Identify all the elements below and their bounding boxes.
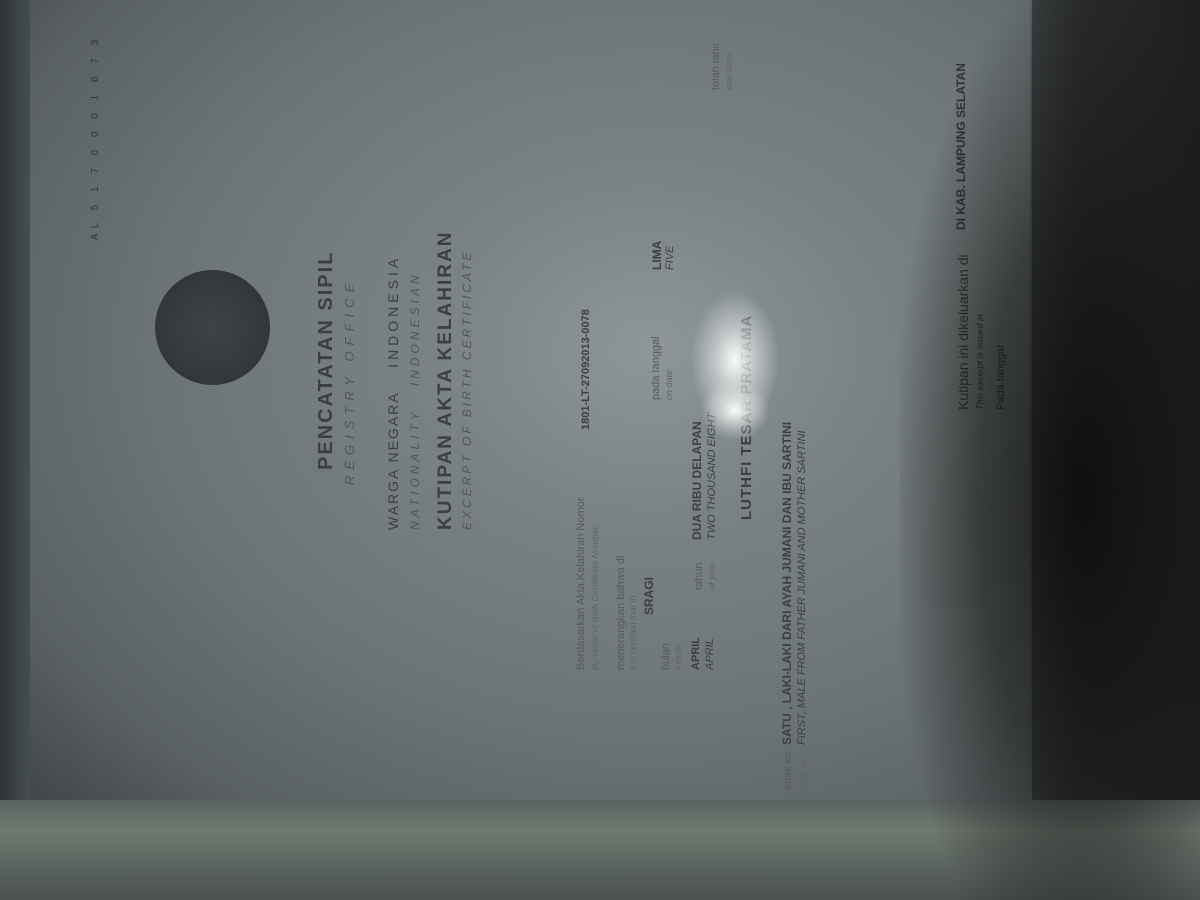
day-value: LIMA xyxy=(650,241,664,270)
month-value: APRIL xyxy=(690,637,702,670)
born-label: telah lahir xyxy=(710,42,722,90)
place-value: SRAGI xyxy=(642,577,656,615)
garuda-seal-icon xyxy=(155,270,270,385)
serial-number: AL 5 1 7 0 0 0 1 6 7 3 xyxy=(90,35,101,240)
born-label-en: was born xyxy=(724,53,734,90)
date-label: pada tanggal xyxy=(650,336,662,400)
shadow-overlay xyxy=(900,0,1200,900)
year-label: tahun xyxy=(693,562,705,590)
cert-number: 1801-LT-27092013-0078 xyxy=(580,309,592,430)
light-glare-secondary xyxy=(700,380,770,440)
child-order-label-en: child no xyxy=(798,759,808,790)
nationality-label: WARGA NEGARA INDONESIA xyxy=(385,255,401,530)
child-order: SATU , LAKI-LAKI DARI AYAH JUMANI DAN IB… xyxy=(780,422,794,745)
cert-number-label-en: By virtue of Birth Certificate Number xyxy=(590,526,600,670)
month-label: bulan xyxy=(660,643,672,670)
document-title-en: EXCERPT OF BIRTH CERTIFICATE xyxy=(460,250,474,530)
child-order-en: FIRST, MALE FROM FATHER JUMANI AND MOTHE… xyxy=(796,430,808,745)
place-label-en: it is certified that in xyxy=(628,595,638,670)
cert-number-label: Berdasarkan Akta Kelahiran Nomor xyxy=(575,498,587,670)
document-title: KUTIPAN AKTA KELAHIRAN xyxy=(435,231,457,530)
day-value-en: FIVE xyxy=(664,246,676,270)
child-order-label: anak ke xyxy=(782,751,794,790)
year-value: DUA RIBU DELAPAN xyxy=(690,421,704,540)
year-label-en: of year xyxy=(707,562,717,590)
birth-certificate: AL 5 1 7 0 0 0 1 6 7 3 PENCATATAN SIPIL … xyxy=(30,0,1030,830)
nationality-label-en: NATIONALITY INDONESIAN xyxy=(408,272,422,531)
month-value-en: APRIL xyxy=(704,638,716,670)
office-title-en: REGISTRY OFFICE xyxy=(342,278,357,485)
office-title: PENCATATAN SIPIL xyxy=(315,251,338,470)
date-label-en: on date xyxy=(664,370,674,400)
month-label-en: month xyxy=(673,645,683,670)
place-label: menerangkan bahwa di xyxy=(615,556,627,670)
